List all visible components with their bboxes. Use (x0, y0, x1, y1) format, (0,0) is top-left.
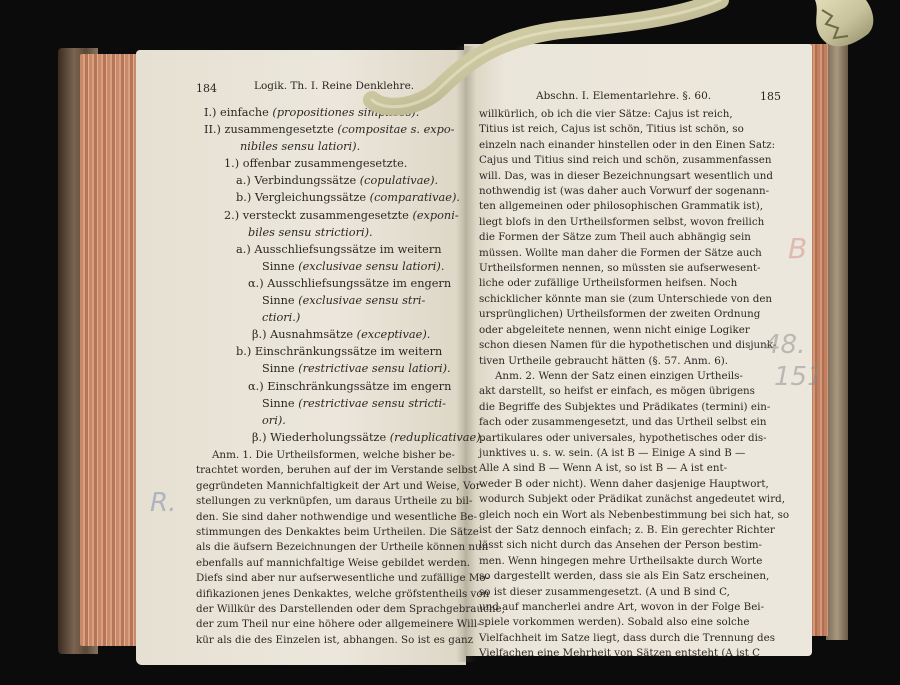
outline-line: b.) Einschränkungssätze im weitern (196, 343, 466, 360)
text-line: so dargestellt werden, dass sie als Ein … (479, 569, 804, 584)
text-line: weder B oder nicht). Wenn daher dasjenig… (479, 477, 804, 492)
text-line: difikazionen jenes Denkaktes, welche grö… (196, 587, 468, 602)
text-line: Alle A sind B — Wenn A ist, so ist B — A… (479, 461, 804, 476)
text-line: partikulares oder universales, hypotheti… (479, 431, 804, 446)
outline-line: ctiori.) (196, 309, 466, 326)
text-line: tiven Urtheile gebraucht hätten (§. 57. … (479, 354, 804, 369)
text-line: oder abgeleitete nennen, wenn nicht eini… (479, 323, 804, 338)
text-line: die Begriffe des Subjektes und Prädikate… (479, 400, 804, 415)
text-line: stimmungen des Denkaktes beim Urtheilen.… (196, 525, 468, 540)
text-line: die Formen der Sätze zum Theil auch abhä… (479, 230, 804, 245)
left-outline: I.) einfache (propositiones simplices). … (196, 104, 466, 446)
outline-line: ori). (196, 412, 466, 429)
text-line: Anm. 1. Die Urtheilsformen, welche bishe… (196, 448, 468, 463)
outline-line: nibiles sensu latiori). (196, 138, 466, 155)
outline-line: α.) Ausschliefsungssätze im engern (196, 275, 466, 292)
text-line: ebenfalls auf mannichfaltige Weise gebil… (196, 556, 468, 571)
text-line: spiele vorkommen werden). Sobald also ei… (479, 615, 804, 630)
outline-line: 1.) offenbar zusammengesetzte. (196, 155, 466, 172)
text-line: nothwendig ist (was daher auch Vorwurf d… (479, 184, 804, 199)
text-line: lässt sich nicht durch das Ansehen der P… (479, 538, 804, 553)
outline-line: I.) einfache (propositiones simplices). (196, 104, 466, 121)
text-line: Vielfachen eine Mehrheit von Sätzen ents… (479, 646, 804, 661)
text-line: kür als die des Einzelen ist, abhangen. … (196, 633, 468, 648)
text-line: und auf mancherlei andre Art, wovon in d… (479, 600, 804, 615)
text-line: schicklicher könnte man sie (zum Untersc… (479, 292, 804, 307)
text-line: liche oder zufällige Urtheilsformen heif… (479, 276, 804, 291)
outline-line: 2.) versteckt zusammengesetzte (exponi- (196, 207, 466, 224)
text-line: müssen. Wollte man daher die Formen der … (479, 246, 804, 261)
text-line: Cajus und Titius sind reich und schön, z… (479, 153, 804, 168)
outline-line: a.) Ausschliefsungssätze im weitern (196, 241, 466, 258)
outline-line: Sinne (restrictivae sensu stricti- (196, 395, 466, 412)
outline-line: b.) Vergleichungssätze (comparativae). (196, 189, 466, 206)
text-line: gleich noch ein Wort als Nebenbestimmung… (479, 508, 804, 523)
text-line: als die äufsern Bezeichnungen der Urthei… (196, 540, 468, 555)
page-edges-left (80, 54, 140, 646)
text-line: Anm. 2. Wenn der Satz einen einzigen Urt… (479, 369, 804, 384)
outline-line: Sinne (exclusivae sensu latiori). (196, 258, 466, 275)
outline-line: biles sensu strictiori). (196, 224, 466, 241)
text-line: der zum Theil nur eine höhere oder allge… (196, 617, 468, 632)
text-line: den. Sie sind daher nothwendige und wese… (196, 510, 468, 525)
page-edges-right (810, 44, 828, 636)
outline-line: Sinne (exclusivae sensu stri- (196, 292, 466, 309)
left-anm-1: Anm. 1. Die Urtheilsformen, welche bishe… (196, 448, 468, 648)
pencil-annotation-left: R. (150, 488, 176, 518)
left-running-head: Logik. Th. I. Reine Denklehre. (254, 80, 414, 92)
pencil-annotation-right-151: 151 (774, 362, 824, 392)
right-page-number: 185 (760, 90, 781, 103)
outline-line: Sinne (restrictivae sensu latiori). (196, 360, 466, 377)
book-cover-right (826, 40, 848, 640)
outline-line: β.) Ausnahmsätze (exceptivae). (196, 326, 466, 343)
right-body-text: willkürlich, ob ich die vier Sätze: Caju… (479, 107, 804, 662)
pencil-annotation-right-48: 48. (764, 330, 805, 360)
text-line: junktives u. s. w. sein. (A ist B — Eini… (479, 446, 804, 461)
left-page-number: 184 (196, 82, 217, 95)
text-line: der Willkür des Darstellenden oder dem S… (196, 602, 468, 617)
outline-line: II.) zusammengesetzte (compositae s. exp… (196, 121, 466, 138)
text-line: stellungen zu verknüpfen, um daraus Urth… (196, 494, 468, 509)
right-running-head: Abschn. I. Elementarlehre. §. 60. (536, 90, 711, 102)
text-line: willkürlich, ob ich die vier Sätze: Caju… (479, 107, 804, 122)
text-line: Vielfachheit im Satze liegt, dass durch … (479, 631, 804, 646)
text-line: ursprünglichen) Urtheilsformen der zweit… (479, 307, 804, 322)
text-line: so ist dieser zusammengesetzt. (A und B … (479, 585, 804, 600)
text-line: ten allgemeinen oder philosophischen Gra… (479, 199, 804, 214)
text-line: liegt blofs in den Urtheilsformen selbst… (479, 215, 804, 230)
text-line: fach oder zusammengesetzt, und das Urthe… (479, 415, 804, 430)
text-line: gegründeten Mannichfaltigkeit der Art un… (196, 479, 468, 494)
outline-line: α.) Einschränkungssätze im engern (196, 378, 466, 395)
pencil-annotation-right-b: B (788, 232, 807, 265)
text-line: men. Wenn hingegen mehre Urtheilsakte du… (479, 554, 804, 569)
text-line: akt darstellt, so heifst er einfach, es … (479, 384, 804, 399)
text-line: Urtheilsformen nennen, so müssten sie au… (479, 261, 804, 276)
text-line: trachtet worden, beruhen auf der im Vers… (196, 463, 468, 478)
text-line: Diefs sind aber nur aufserwesentliche un… (196, 571, 468, 586)
outline-line: a.) Verbindungssätze (copulativae). (196, 172, 466, 189)
text-line: ist der Satz dennoch einfach; z. B. Ein … (479, 523, 804, 538)
outline-line: β.) Wiederholungssätze (reduplicativae). (196, 429, 466, 446)
text-line: schon diesen Namen für die hypothetische… (479, 338, 804, 353)
text-line: wodurch Subjekt oder Prädikat zunächst a… (479, 492, 804, 507)
text-line: Titius ist reich, Cajus ist schön, Titiu… (479, 122, 804, 137)
book-photo: 184 Logik. Th. I. Reine Denklehre. I.) e… (0, 0, 900, 685)
text-line: einzeln nach einander hinstellen oder in… (479, 138, 804, 153)
text-line: will. Das, was in dieser Bezeichnungsart… (479, 169, 804, 184)
